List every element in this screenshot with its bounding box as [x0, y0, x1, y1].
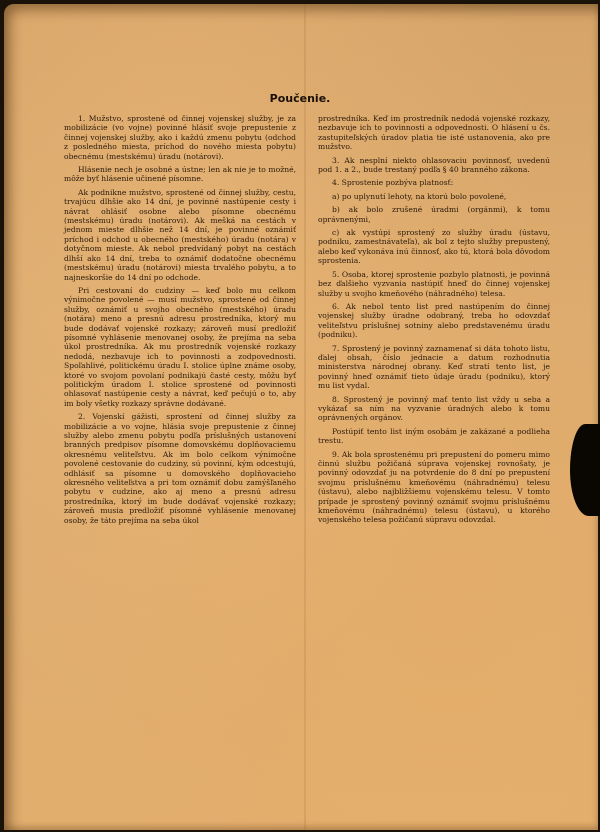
paragraph: 3. Ak nesplní niekto ohlasovaciu povinno…: [318, 156, 550, 175]
paragraph: b) ak bolo zrušené úradmi (orgánmi), k t…: [318, 205, 550, 224]
torn-edge: [570, 424, 600, 516]
paragraph: c) ak vystúpi sprostený zo služby úradu …: [318, 228, 550, 266]
paragraph: 5. Osoba, ktorej sprostenie pozbylo plat…: [318, 270, 550, 298]
paragraph: 1. Mužstvo, sprostené od činnej vojenske…: [64, 114, 296, 161]
paragraph: Ak podnikne mužstvo, sprostené od činnej…: [64, 188, 296, 282]
paragraph: prostredníka. Keď im prostredník nedodá …: [318, 114, 550, 152]
paragraph: Pri cestovaní do cudziny — keď bolo mu c…: [64, 286, 296, 408]
paragraph: 6. Ak nebol tento list pred nastúpením d…: [318, 302, 550, 340]
paragraph: 7. Sprostený je povinný zaznamenať si dá…: [318, 344, 550, 391]
left-column: 1. Mužstvo, sprostené od činnej vojenske…: [64, 114, 296, 529]
document-title: Poučenie.: [0, 92, 600, 105]
paragraph: Postúpiť tento list iným osobám je zakáz…: [318, 427, 550, 446]
paragraph: 9. Ak bola sprostenému pri prepustení do…: [318, 450, 550, 525]
paragraph: 4. Sprostenie pozbýva platnosť:: [318, 178, 550, 187]
paragraph: a) po uplynutí lehoty, na ktorú bolo pov…: [318, 192, 550, 201]
paragraph: 8. Sprostený je povinný mať tento list v…: [318, 395, 550, 423]
paragraph: Hlásenie nech je osobné a ústne; len ak …: [64, 165, 296, 184]
fold-line: [304, 4, 306, 830]
right-column: prostredníka. Keď im prostredník nedodá …: [318, 114, 550, 529]
paragraph: 2. Vojenskí gážisti, sprostení od činnej…: [64, 412, 296, 525]
